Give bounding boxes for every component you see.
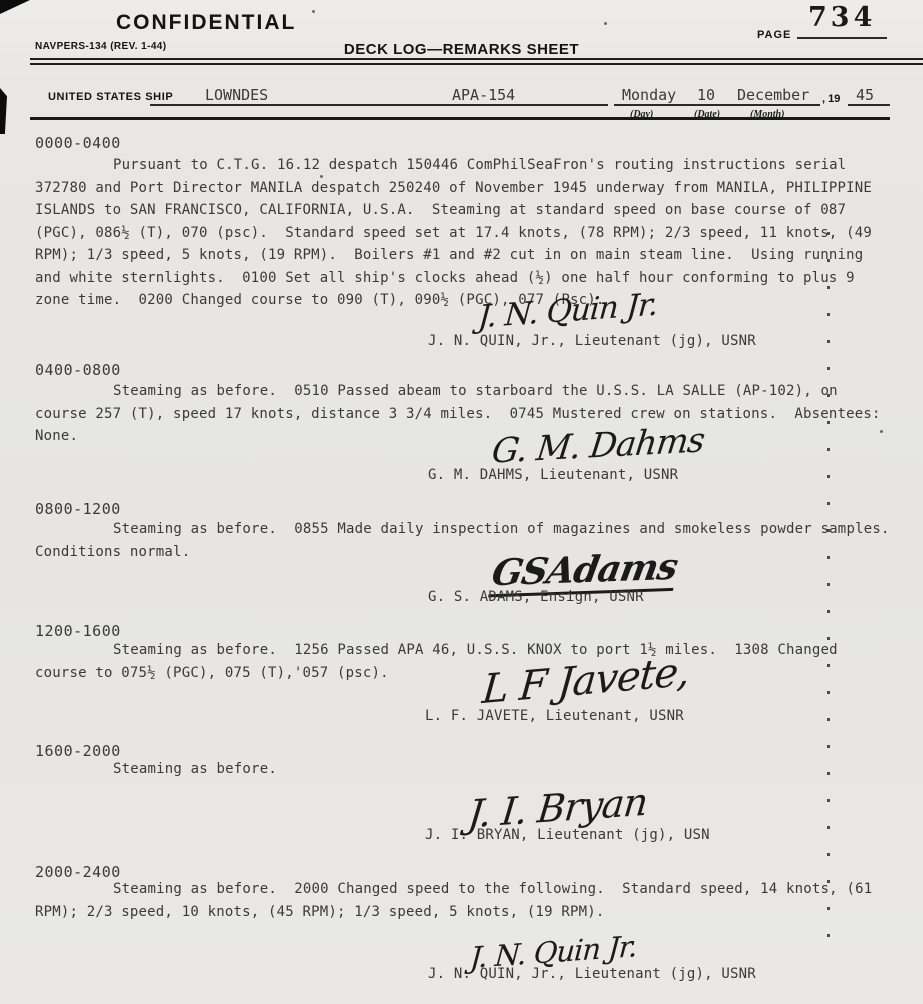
signature-typed: G. S. ADAMS, Ensign, USNR (428, 589, 644, 605)
entry-time-range: 0400-0800 (35, 361, 121, 379)
deck-log-remarks-sheet: CONFIDENTIAL 734 PAGE NAVPERS-134 (REV. … (0, 0, 923, 1004)
scan-artifact (0, 0, 30, 14)
scan-artifact (312, 10, 315, 13)
year-line (848, 104, 890, 106)
entry-text: Steaming as before. 1256 Passed APA 46, … (35, 639, 891, 684)
sheet-title: DECK LOG—REMARKS SHEET (0, 41, 923, 58)
signature-typed: G. M. DAHMS, Lieutenant, USNR (428, 467, 678, 483)
year-prefix: , 19 (822, 93, 840, 105)
hull-number-value: APA-154 (452, 86, 515, 104)
entry-time-range: 0800-1200 (35, 500, 121, 518)
year-value: 45 (856, 86, 874, 104)
entry-text: Steaming as before. (35, 758, 891, 781)
date-value: 10 (697, 86, 715, 104)
signature-typed: L. F. JAVETE, Lieutenant, USNR (425, 708, 684, 724)
classification-stamp: CONFIDENTIAL (116, 11, 296, 35)
day-value: Monday (622, 86, 676, 104)
binding-perforation-dots (827, 232, 830, 958)
header-rule (30, 58, 923, 65)
entry-text: Steaming as before. 0855 Made daily insp… (35, 518, 891, 563)
page-label: PAGE (757, 29, 791, 41)
ship-name-value: LOWNDES (205, 86, 268, 104)
entry-time-range: 0000-0400 (35, 134, 121, 152)
signature-typed: J. N. QUIN, Jr., Lieutenant (jg), USNR (428, 966, 756, 982)
entry-text: Steaming as before. 0510 Passed abeam to… (35, 380, 891, 448)
scan-artifact (604, 22, 607, 25)
date-line (614, 104, 820, 106)
scan-artifact (0, 88, 7, 134)
signature-typed: J. N. QUIN, Jr., Lieutenant (jg), USNR (428, 333, 756, 349)
month-value: December (737, 86, 809, 104)
entry-text: Pursuant to C.T.G. 16.12 despatch 150446… (35, 154, 891, 312)
page-number: 734 (808, 2, 876, 33)
ship-name-line (150, 104, 608, 106)
united-states-ship-label: UNITED STATES SHIP (48, 91, 173, 103)
signature-typed: J. I. BRYAN, Lieutenant (jg), USN (425, 827, 710, 843)
entry-text: Steaming as before. 2000 Changed speed t… (35, 878, 891, 923)
entry-time-range: 1200-1600 (35, 622, 121, 640)
ship-line-rule (30, 117, 890, 120)
page-number-line (797, 37, 887, 39)
